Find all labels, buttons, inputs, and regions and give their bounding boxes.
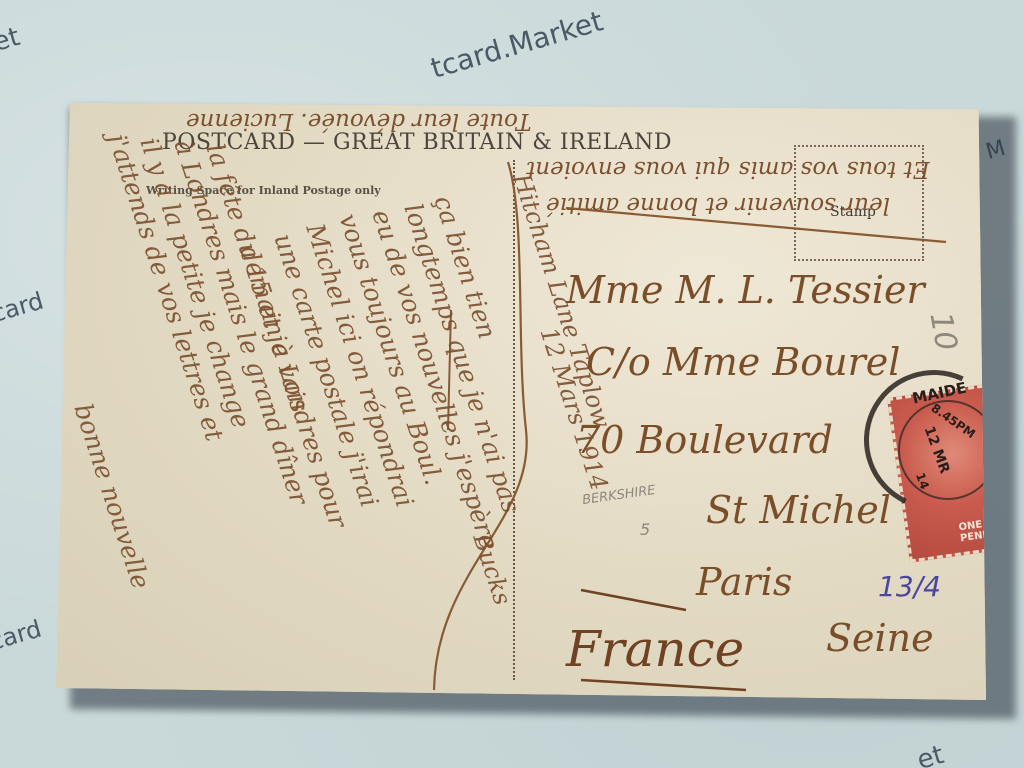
address-country: France [566, 620, 744, 678]
watermark-text: et [0, 22, 23, 58]
address-line-5: Paris [696, 560, 792, 604]
address-line-3: 70 Boulevard [576, 418, 833, 462]
watermark-text: card [0, 615, 45, 656]
address-line-2: C/o Mme Bourel [586, 340, 900, 384]
pencil-note: 10 [923, 310, 964, 354]
watermark-text: tcard.Market [427, 4, 607, 85]
address-line-1: Mme M. L. Tessier [566, 268, 925, 312]
stamp-value-label: ONE PENNY [958, 516, 986, 545]
postcard: POSTCARD — GREAT BRITAIN & IRELAND Writi… [56, 100, 986, 700]
watermark-text: card [0, 287, 47, 328]
address-line-6: Seine [826, 616, 934, 660]
address-line-4: St Michel [706, 488, 891, 532]
blue-ink-note: 13/4 [878, 570, 941, 603]
pencil-note: 5 [640, 520, 650, 539]
watermark-text: et [914, 740, 947, 768]
